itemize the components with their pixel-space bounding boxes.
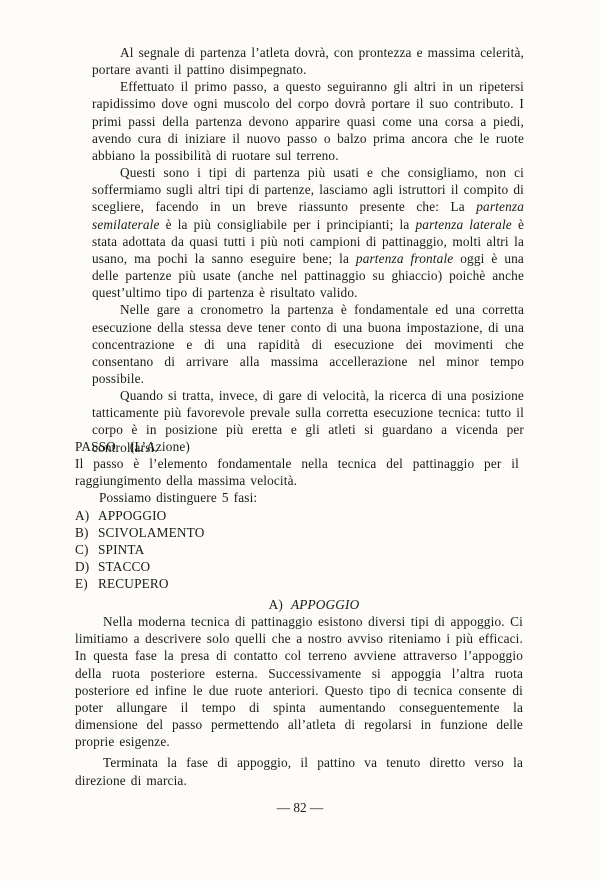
paragraph-appoggio-description: Nella moderna tecnica di pattinaggio esi… bbox=[75, 613, 523, 750]
page-number: — 82 — bbox=[0, 800, 600, 816]
paragraph-appoggio-end: Terminata la fase di appoggio, il pattin… bbox=[75, 754, 523, 788]
appoggio-section: A)APPOGGIO Nella moderna tecnica di patt… bbox=[75, 596, 523, 789]
section-title-appoggio: A)APPOGGIO bbox=[75, 596, 523, 613]
phases-list: A)APPOGGIO B)SCIVOLAMENTO C)SPINTA D)STA… bbox=[75, 507, 519, 593]
paragraph-start-signal: Al segnale di partenza l’atleta dovrà, c… bbox=[92, 44, 524, 78]
passo-section: PASSO(L’Azione) Il passo è l’elemento fo… bbox=[75, 438, 519, 592]
paragraph-time-trial: Nelle gare a cronometro la partenza è fo… bbox=[92, 301, 524, 387]
passo-heading: PASSO(L’Azione) bbox=[75, 438, 519, 455]
passo-intro: Il passo è l’elemento fondamentale nella… bbox=[75, 455, 519, 489]
paragraph-start-types: Questi sono i tipi di partenza più usati… bbox=[92, 164, 524, 301]
phase-item: D)STACCO bbox=[75, 558, 519, 575]
paragraph-first-step: Effettuato il primo passo, a questo segu… bbox=[92, 78, 524, 164]
phase-item: A)APPOGGIO bbox=[75, 507, 519, 524]
phase-item: C)SPINTA bbox=[75, 541, 519, 558]
phase-item: E)RECUPERO bbox=[75, 575, 519, 592]
intro-text-block: Al segnale di partenza l’atleta dovrà, c… bbox=[92, 44, 524, 456]
term-frontal-start: partenza frontale bbox=[356, 251, 453, 266]
phases-intro: Possiamo distinguere 5 fasi: bbox=[75, 489, 519, 506]
term-lateral-start: partenza laterale bbox=[416, 217, 512, 232]
book-page: Al segnale di partenza l’atleta dovrà, c… bbox=[0, 0, 600, 881]
phase-item: B)SCIVOLAMENTO bbox=[75, 524, 519, 541]
